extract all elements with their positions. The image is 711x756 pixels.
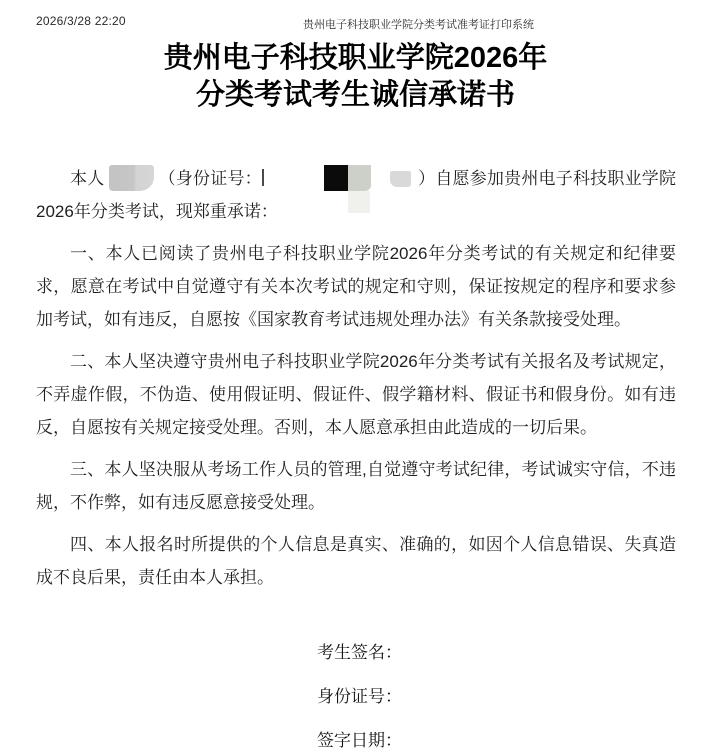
intro-id-label: （身份证号： [158, 169, 261, 188]
print-preview-page: 2026/3/28 22:20 贵州电子科技职业学院分类考试准考证打印系统 贵州… [0, 0, 711, 756]
print-header: 2026/3/28 22:20 贵州电子科技职业学院分类考试准考证打印系统 [0, 14, 711, 30]
signature-date-label: 签字日期： [317, 732, 676, 750]
intro-prefix: 本人 [70, 169, 104, 188]
redacted-id-block-dark [324, 165, 348, 191]
intro-paragraph: 本人（身份证号：）自愿参加贵州电子科技职业学院2026年分类考试，现郑重承诺： [36, 162, 676, 228]
signature-block: 考生签名： 身份证号： 签字日期： [317, 644, 676, 750]
redacted-name-block [109, 165, 154, 191]
clause-paragraph-1: 一、本人已阅读了贵州电子科技职业学院2026年分类考试的有关规定和纪律要求，愿意… [36, 237, 676, 336]
print-header-system-title: 贵州电子科技职业学院分类考试准考证打印系统 [303, 16, 534, 32]
signature-id-label: 身份证号： [317, 688, 676, 706]
document-title-line2: 分类考试考生诚信承诺书 [0, 77, 711, 114]
intro-paren-close: ） [418, 169, 435, 188]
redacted-id-tick-mark [262, 169, 264, 186]
redacted-id-block-gray [348, 165, 371, 191]
signature-name-label: 考生签名： [317, 644, 676, 662]
document-title-line1: 贵州电子科技职业学院2026年 [0, 40, 711, 77]
print-header-datetime: 2026/3/28 22:20 [36, 14, 126, 28]
document-title: 贵州电子科技职业学院2026年 分类考试考生诚信承诺书 [0, 40, 711, 114]
clause-paragraph-4: 四、本人报名时所提供的个人信息是真实、准确的，如因个人信息错误、失真造成不良后果… [36, 528, 676, 594]
clause-paragraph-3: 三、本人坚决服从考场工作人员的管理,自觉遵守考试纪律，考试诚实守信，不违规，不作… [36, 453, 676, 519]
document-body: 本人（身份证号：）自愿参加贵州电子科技职业学院2026年分类考试，现郑重承诺： … [36, 162, 676, 750]
redacted-id-block-light [390, 171, 411, 187]
clause-paragraph-2: 二、本人坚决遵守贵州电子科技职业学院2026年分类考试有关报名及考试规定，不弄虚… [36, 345, 676, 444]
